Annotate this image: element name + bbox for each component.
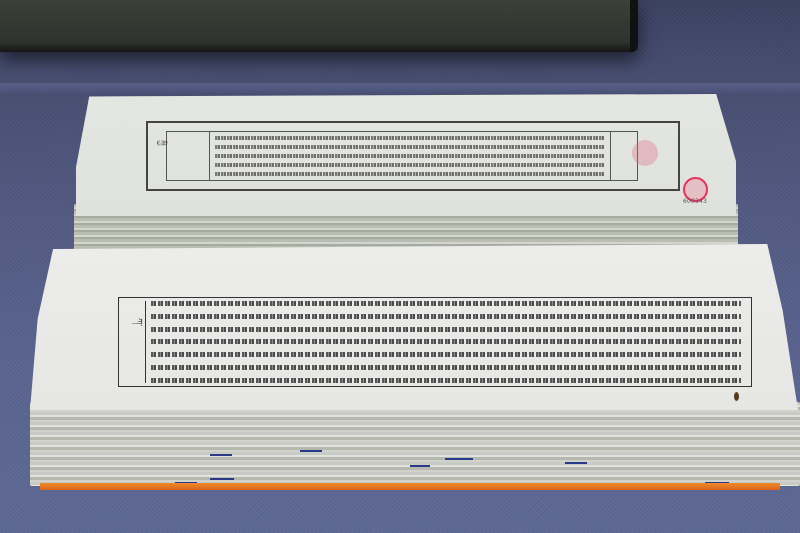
faded-seal-icon [632, 140, 658, 166]
upper-book-inner-border [166, 131, 638, 181]
blue-page-mark [300, 450, 322, 452]
blue-page-mark [210, 478, 234, 480]
blue-page-mark [445, 458, 473, 460]
display-case-panel [0, 0, 638, 52]
collection-number: 600343 [683, 198, 707, 205]
right-margin-rule [610, 132, 611, 180]
display-ledge [0, 83, 800, 93]
lower-book-page-stack [30, 402, 800, 486]
blue-page-mark [410, 465, 430, 467]
burn-mark [734, 392, 739, 401]
lower-book-script-lines [151, 301, 741, 383]
lower-book-side-title: ཀ་ [126, 318, 151, 326]
blue-page-mark [210, 454, 232, 456]
upper-book-script-lines [215, 136, 605, 176]
orange-page-edge [40, 483, 780, 490]
left-margin-rule [209, 132, 210, 180]
upper-book-side-title: ཀྱི [150, 140, 173, 146]
lower-book-text-frame [118, 297, 752, 387]
upper-book-text-frame [146, 121, 680, 191]
photo-scene: ཀྱི 600343 ཀ་ [0, 0, 800, 533]
blue-page-mark [565, 462, 587, 464]
